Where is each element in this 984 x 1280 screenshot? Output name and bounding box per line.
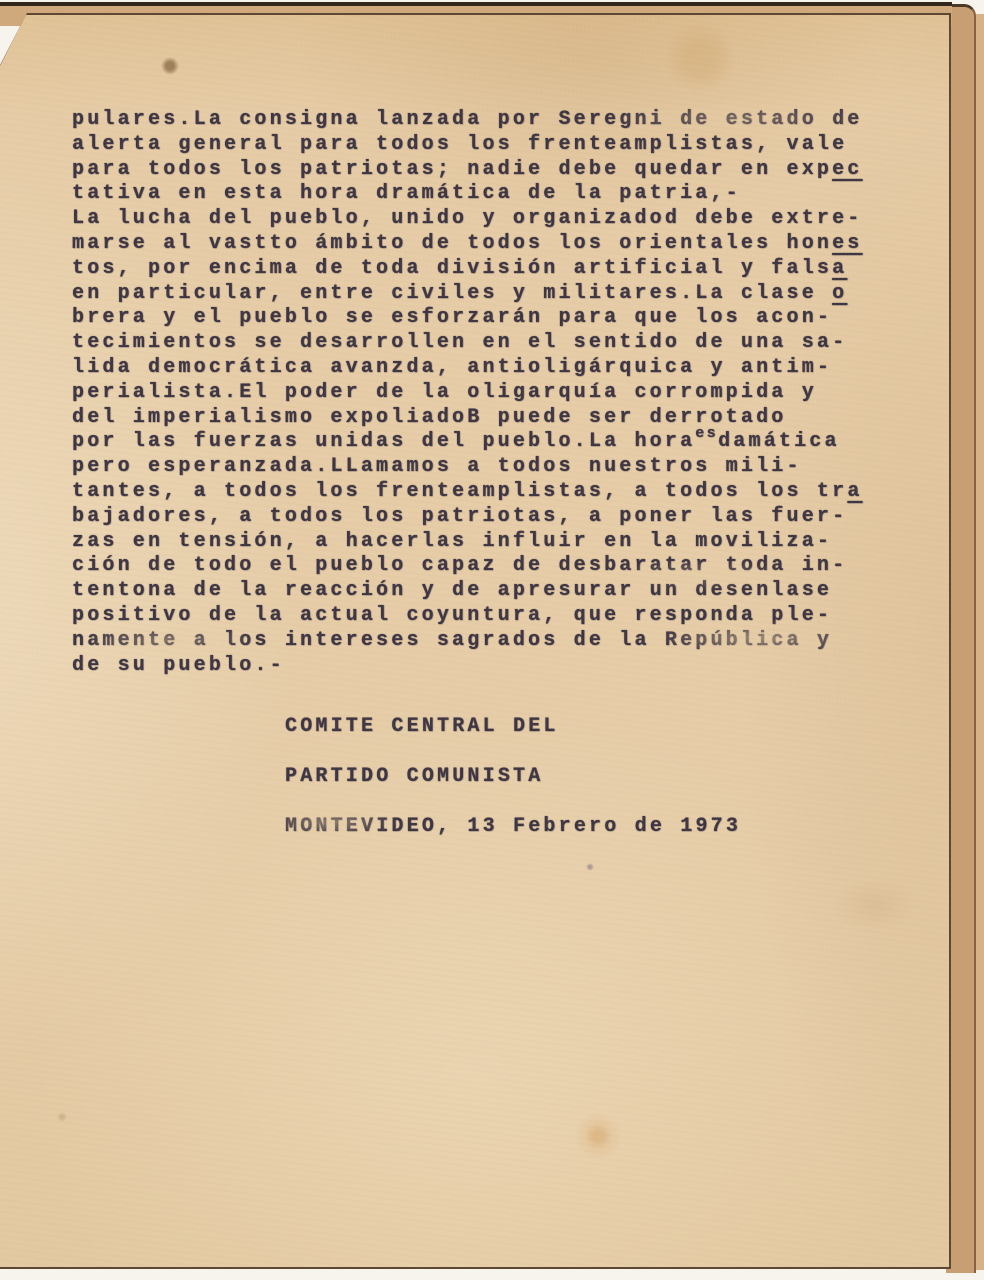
text-line: ción de todo el pueblo capaz de desbarat… xyxy=(72,554,863,579)
text-line: para todos los patriotas; nadie debe que… xyxy=(72,158,863,183)
text-line: de su pueblo.- xyxy=(72,654,863,679)
text-line: tecimientos se desarrollen en el sentido… xyxy=(72,331,863,356)
signature-line-party: PARTIDO COMUNISTA xyxy=(285,764,741,789)
text-line: lida democrática avanzda, antioligárquic… xyxy=(72,356,863,381)
page-outline: pulares.La consigna lanzada por Seregni … xyxy=(0,13,951,1269)
text-line: bajadores, a todos los patriotas, a pone… xyxy=(72,505,863,530)
text-line: tentona de la reacción y de apresurar un… xyxy=(72,579,863,604)
text-line: pulares.La consigna lanzada por Seregni … xyxy=(72,108,863,133)
signature-line-date: MONTEVIDEO, 13 Febrero de 1973 xyxy=(285,814,741,839)
text-line: tantes, a todos los frenteamplistas, a t… xyxy=(72,480,863,505)
text-line: alerta general para todos los frenteampl… xyxy=(72,133,863,158)
signature-block: COMITE CENTRAL DEL PARTIDO COMUNISTA MON… xyxy=(285,714,741,864)
text-line: por las fuerzas unidas del pueblo.La hor… xyxy=(72,430,863,455)
text-line: La lucha del pueblo, unido y organizadod… xyxy=(72,207,863,232)
text-line: pero esperanzada.LLamamos a todos nuestr… xyxy=(72,455,863,480)
paper-surface: pulares.La consigna lanzada por Seregni … xyxy=(0,15,949,1267)
signature-line-committee: COMITE CENTRAL DEL xyxy=(285,714,741,739)
document-body: pulares.La consigna lanzada por Seregni … xyxy=(72,108,863,678)
text-line: namente a los intereses sagrados de la R… xyxy=(72,629,863,654)
text-line: perialista.El poder de la oligarquía cor… xyxy=(72,381,863,406)
text-line: del imperialismo expoliadoB puede ser de… xyxy=(72,406,863,431)
text-line: marse al vastto ámbito de todos los orie… xyxy=(72,232,863,257)
text-line: positivo de la actual coyuntura, que res… xyxy=(72,604,863,629)
scanned-document: pulares.La consigna lanzada por Seregni … xyxy=(0,0,984,1280)
text-line: tos, por encima de toda división artific… xyxy=(72,257,863,282)
text-line: en particular, entre civiles y militares… xyxy=(72,282,863,307)
text-line: brera y el pueblo se esforzarán para que… xyxy=(72,306,863,331)
text-line: zas en tensión, a hacerlas influir en la… xyxy=(72,530,863,555)
text-line: tativa en esta hora dramática de la patr… xyxy=(72,182,863,207)
